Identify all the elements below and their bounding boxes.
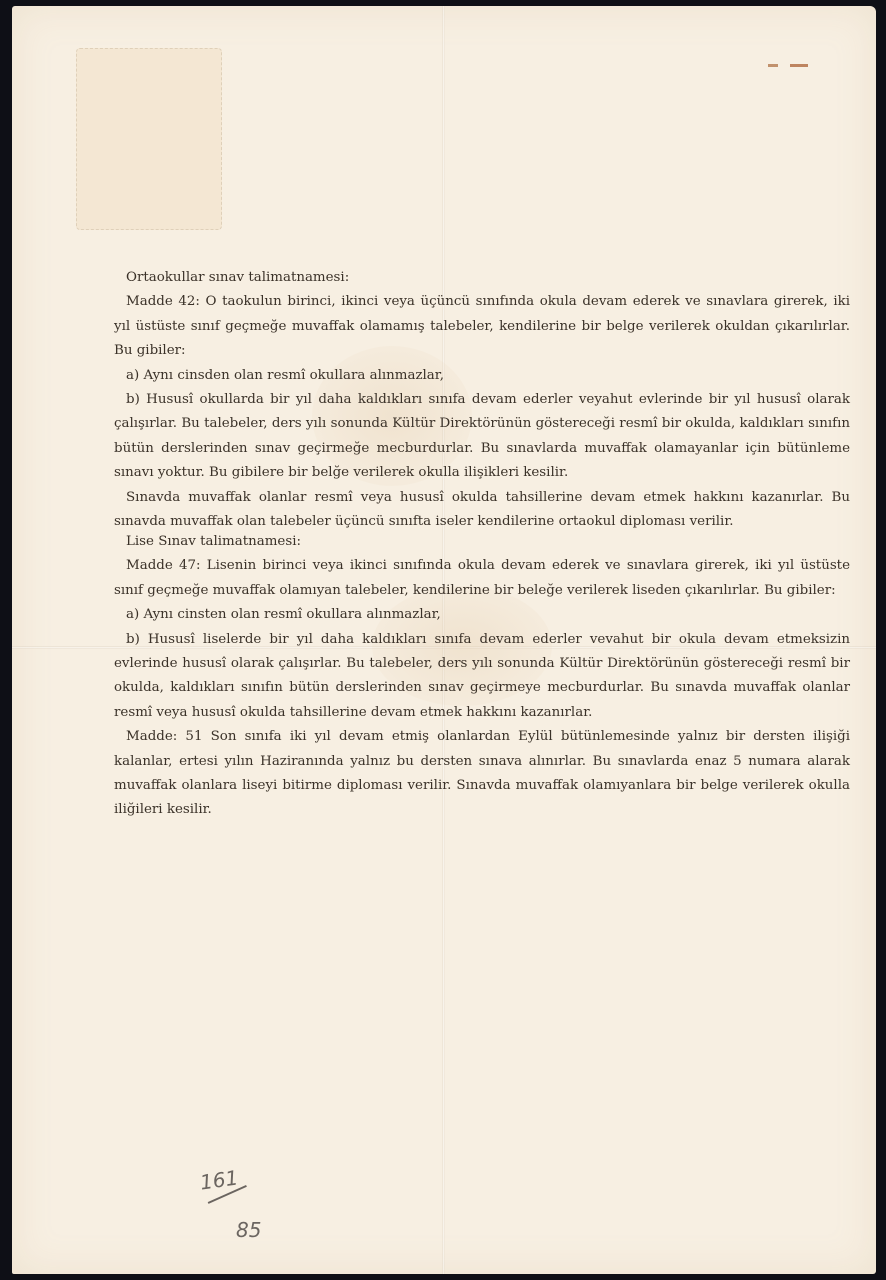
paragraph-success: Sınavda muvaffak olanlar resmî veya husu… [114, 486, 850, 535]
article-51: Madde: 51 Son sınıfa iki yıl devam etmiş… [114, 725, 850, 823]
article-42: Madde 42: O taokulun birinci, ikinci vey… [114, 290, 850, 363]
ink-mark [768, 64, 808, 67]
clause-a: a) Aynı cinsten olan resmî okullara alın… [114, 603, 850, 627]
section-title: Ortaokullar sınav talimatnamesi: [114, 266, 850, 290]
photo-placeholder-mark [76, 48, 222, 230]
clause-b: b) Hususî okullarda bir yıl daha kaldıkl… [114, 388, 850, 486]
clause-a: a) Aynı cinsden olan resmî okullara alın… [114, 364, 850, 388]
section-title: Lise Sınav talimatnamesi: [114, 530, 850, 554]
clause-b: b) Hususî liselerde bir yıl daha kaldıkl… [114, 628, 850, 726]
article-47: Madde 47: Lisenin birinci veya ikinci sı… [114, 554, 850, 603]
section-lise: Lise Sınav talimatnamesi: Madde 47: Lise… [114, 530, 850, 823]
document-page: Ortaokullar sınav talimatnamesi: Madde 4… [12, 6, 876, 1274]
section-ortaokul: Ortaokullar sınav talimatnamesi: Madde 4… [114, 266, 850, 534]
handwritten-note-85: 85 [236, 1218, 261, 1242]
